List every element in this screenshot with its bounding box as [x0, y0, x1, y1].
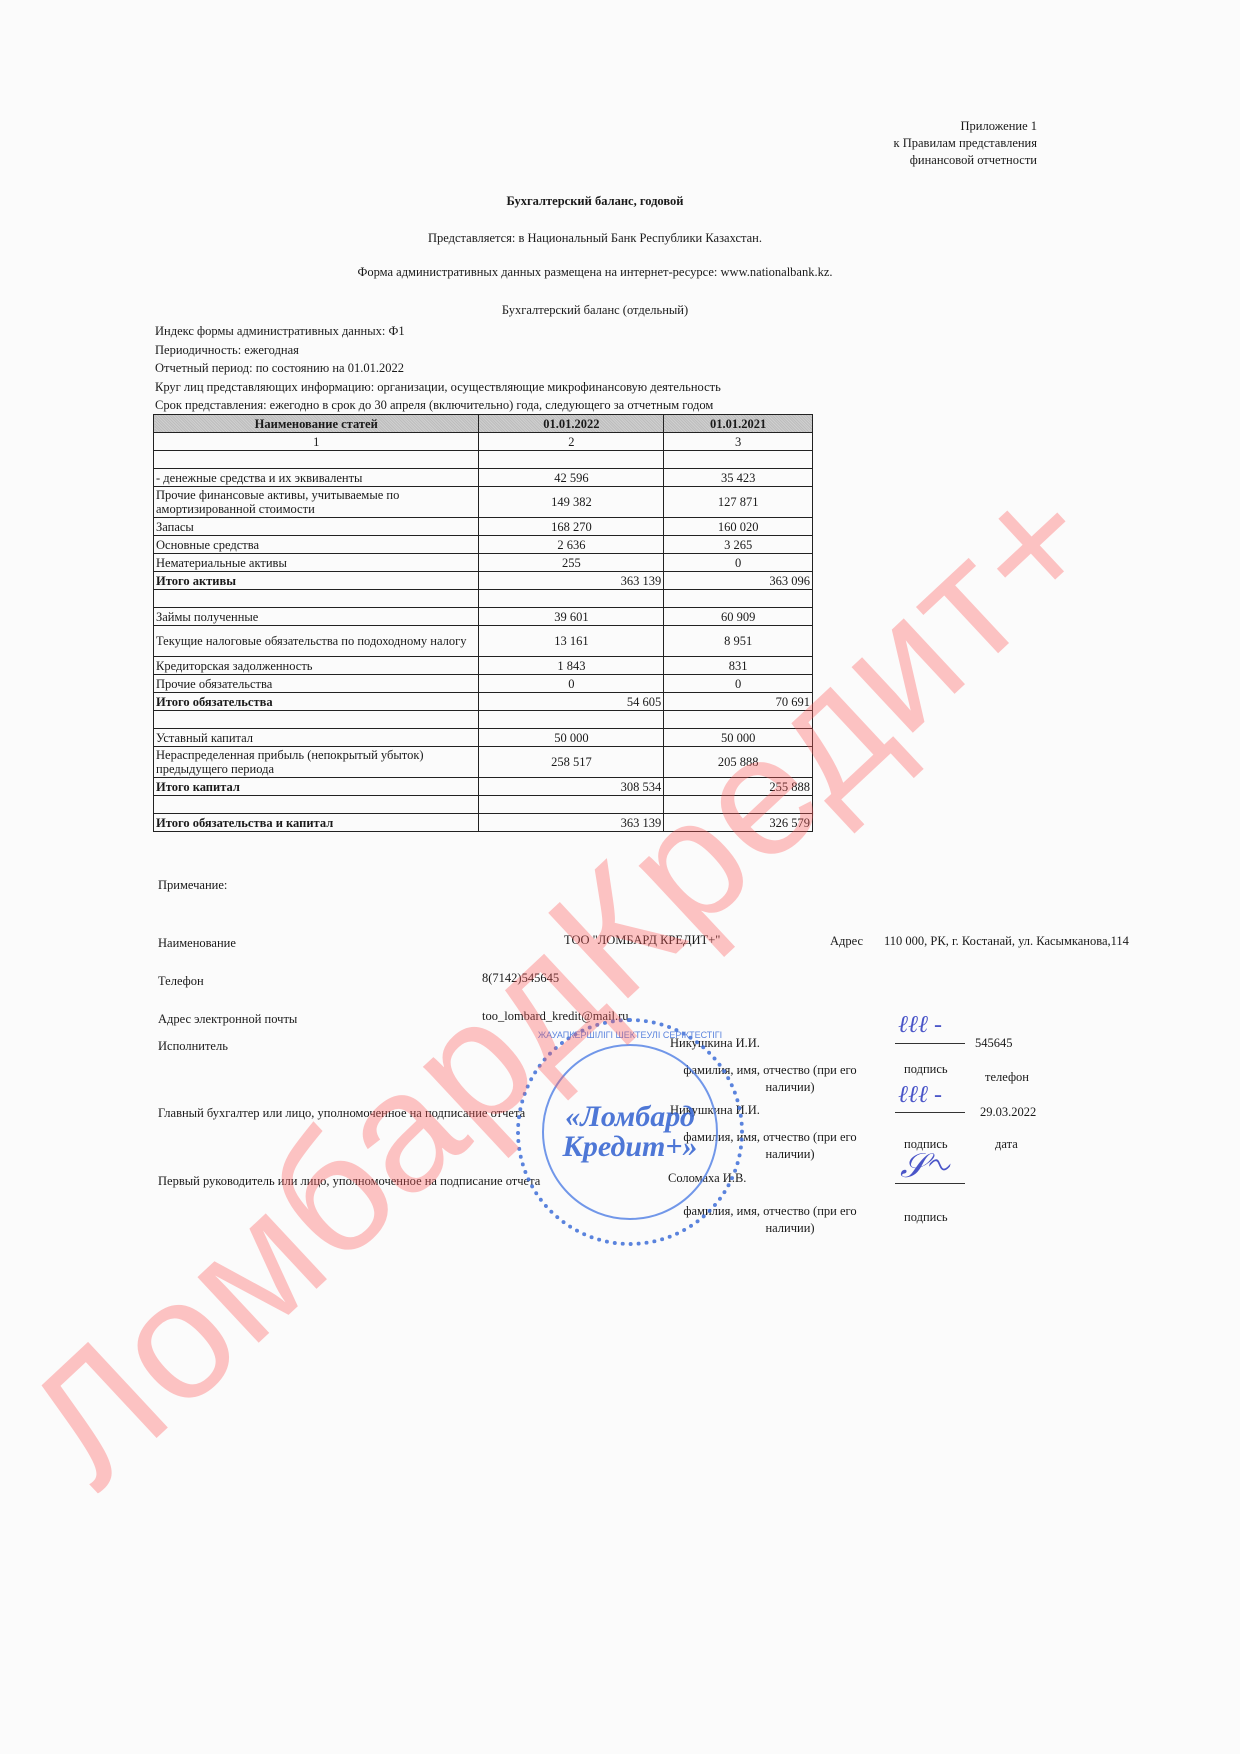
column-header: 01.01.2022	[479, 415, 664, 433]
meta-line: Периодичность: ежегодная	[155, 341, 721, 360]
value-2022: 39 601	[479, 608, 664, 626]
value-2021: 363 096	[664, 572, 813, 590]
value-2022	[479, 711, 664, 729]
row-label: Итого капитал	[154, 778, 479, 796]
row-label: Основные средства	[154, 536, 479, 554]
value-2022: 50 000	[479, 729, 664, 747]
row-label: Кредиторская задолженность	[154, 657, 479, 675]
table-row: Прочие обязательства00	[154, 675, 813, 693]
row-label: Прочие обязательства	[154, 675, 479, 693]
signature-line	[895, 1112, 965, 1113]
executor-phone: 545645	[975, 1036, 1013, 1051]
row-label: Уставный капитал	[154, 729, 479, 747]
signature-caption: подпись	[904, 1210, 948, 1225]
row-label	[154, 711, 479, 729]
signature-line	[895, 1043, 965, 1044]
value-2021	[664, 590, 813, 608]
form-meta: Индекс формы административных данных: Ф1…	[155, 322, 721, 415]
document-subtitle: Бухгалтерский баланс (отдельный)	[0, 303, 1190, 318]
meta-line: Отчетный период: по состоянию на 01.01.2…	[155, 359, 721, 378]
value-2021: 255 888	[664, 778, 813, 796]
value-2022	[479, 590, 664, 608]
value-2022: 255	[479, 554, 664, 572]
signature-caption: подпись	[904, 1062, 948, 1077]
value-2022: 258 517	[479, 747, 664, 778]
table-row: Основные средства2 6363 265	[154, 536, 813, 554]
value-2021: 35 423	[664, 469, 813, 487]
row-label: Нематериальные активы	[154, 554, 479, 572]
value-2021: 160 020	[664, 518, 813, 536]
row-label: Итого активы	[154, 572, 479, 590]
column-header: Наименование статей	[154, 415, 479, 433]
appendix-line: финансовой отчетности	[894, 152, 1037, 169]
table-row: Запасы168 270160 020	[154, 518, 813, 536]
row-label	[154, 451, 479, 469]
value-2022: 308 534	[479, 778, 664, 796]
email-label: Адрес электронной почты	[158, 1012, 297, 1027]
value-2022	[479, 451, 664, 469]
company-name: ТОО "ЛОМБАРД КРЕДИТ+"	[564, 933, 720, 948]
value-2021: 831	[664, 657, 813, 675]
appendix-line: Приложение 1	[894, 118, 1037, 135]
date-caption: дата	[995, 1137, 1018, 1152]
executor-label: Исполнитель	[158, 1039, 228, 1054]
table-row: Уставный капитал50 00050 000	[154, 729, 813, 747]
value-2022: 168 270	[479, 518, 664, 536]
column-numbers-row: 1 2 3	[154, 433, 813, 451]
blank-row	[154, 451, 813, 469]
value-2022: 1 843	[479, 657, 664, 675]
stamp-center-text: «Ломбард Кредит+»	[520, 1102, 740, 1162]
table-row: Займы полученные39 60160 909	[154, 608, 813, 626]
row-label: Итого обязательства	[154, 693, 479, 711]
company-stamp: ЖАУАПКЕРШІЛІГІ ШЕКТЕУЛІ СЕРІКТЕСТІГІ «Ло…	[516, 1018, 744, 1246]
table-row: Нематериальные активы2550	[154, 554, 813, 572]
signature-icon: 𝒮∿	[900, 1148, 947, 1186]
signature-icon: ℓℓℓ -	[898, 1012, 942, 1039]
total-row: Итого капитал308 534255 888	[154, 778, 813, 796]
meta-line: Индекс формы административных данных: Ф1	[155, 322, 721, 341]
company-name-label: Наименование	[158, 936, 236, 951]
row-label: Прочие финансовые активы, учитываемые по…	[154, 487, 479, 518]
address-label: Адрес	[830, 934, 863, 949]
appendix-note: Приложение 1 к Правилам представления фи…	[894, 118, 1037, 169]
value-2022	[479, 796, 664, 814]
value-2022: 42 596	[479, 469, 664, 487]
value-2021	[664, 711, 813, 729]
value-2021: 60 909	[664, 608, 813, 626]
row-label: - денежные средства и их эквиваленты	[154, 469, 479, 487]
table-row: Нераспределенная прибыль (непокрытый убы…	[154, 747, 813, 778]
row-label: Запасы	[154, 518, 479, 536]
row-label: Нераспределенная прибыль (непокрытый убы…	[154, 747, 479, 778]
total-row: Итого активы363 139363 096	[154, 572, 813, 590]
table-row: Кредиторская задолженность1 843831	[154, 657, 813, 675]
value-2022: 149 382	[479, 487, 664, 518]
value-2021: 326 579	[664, 814, 813, 832]
value-2021	[664, 451, 813, 469]
stamp-ring-text: ЖАУАПКЕРШІЛІГІ ШЕКТЕУЛІ СЕРІКТЕСТІГІ	[520, 1030, 740, 1040]
blank-row	[154, 796, 813, 814]
total-row: Итого обязательства54 60570 691	[154, 693, 813, 711]
value-2022: 363 139	[479, 814, 664, 832]
company-phone: 8(7142)545645	[482, 971, 559, 986]
value-2022: 363 139	[479, 572, 664, 590]
appendix-line: к Правилам представления	[894, 135, 1037, 152]
table-row: - денежные средства и их эквиваленты42 5…	[154, 469, 813, 487]
value-2021	[664, 796, 813, 814]
value-2021: 0	[664, 675, 813, 693]
row-label: Итого обязательства и капитал	[154, 814, 479, 832]
phone-caption: телефон	[985, 1070, 1029, 1085]
blank-row	[154, 590, 813, 608]
document-title: Бухгалтерский баланс, годовой	[0, 194, 1190, 209]
company-address: 110 000, РК, г. Костанай, ул. Касымканов…	[884, 934, 1129, 949]
row-label: Текущие налоговые обязательства по подох…	[154, 626, 479, 657]
value-2022: 13 161	[479, 626, 664, 657]
value-2021: 3 265	[664, 536, 813, 554]
value-2022: 54 605	[479, 693, 664, 711]
total-row: Итого обязательства и капитал363 139326 …	[154, 814, 813, 832]
signature-date: 29.03.2022	[980, 1105, 1036, 1120]
column-number: 2	[479, 433, 664, 451]
form-location: Форма административных данных размещена …	[0, 265, 1190, 280]
value-2021: 8 951	[664, 626, 813, 657]
row-label	[154, 590, 479, 608]
table-header-row: Наименование статей 01.01.2022 01.01.202…	[154, 415, 813, 433]
column-header: 01.01.2021	[664, 415, 813, 433]
meta-line: Круг лиц представляющих информацию: орга…	[155, 378, 721, 397]
balance-sheet-table: Наименование статей 01.01.2022 01.01.202…	[153, 414, 813, 832]
signature-icon: ℓℓℓ -	[898, 1082, 942, 1109]
head-label: Первый руководитель или лицо, уполномоче…	[158, 1174, 540, 1189]
value-2021: 205 888	[664, 747, 813, 778]
phone-label: Телефон	[158, 974, 204, 989]
note-label: Примечание:	[158, 878, 227, 893]
table-row: Текущие налоговые обязательства по подох…	[154, 626, 813, 657]
value-2022: 0	[479, 675, 664, 693]
column-number: 1	[154, 433, 479, 451]
row-label	[154, 796, 479, 814]
table-row: Прочие финансовые активы, учитываемые по…	[154, 487, 813, 518]
blank-row	[154, 711, 813, 729]
value-2021: 70 691	[664, 693, 813, 711]
value-2021: 50 000	[664, 729, 813, 747]
row-label: Займы полученные	[154, 608, 479, 626]
submitted-to: Представляется: в Национальный Банк Респ…	[0, 231, 1190, 246]
meta-line: Срок представления: ежегодно в срок до 3…	[155, 396, 721, 415]
chief-accountant-label: Главный бухгалтер или лицо, уполномоченн…	[158, 1106, 525, 1121]
value-2021: 0	[664, 554, 813, 572]
value-2022: 2 636	[479, 536, 664, 554]
value-2021: 127 871	[664, 487, 813, 518]
column-number: 3	[664, 433, 813, 451]
